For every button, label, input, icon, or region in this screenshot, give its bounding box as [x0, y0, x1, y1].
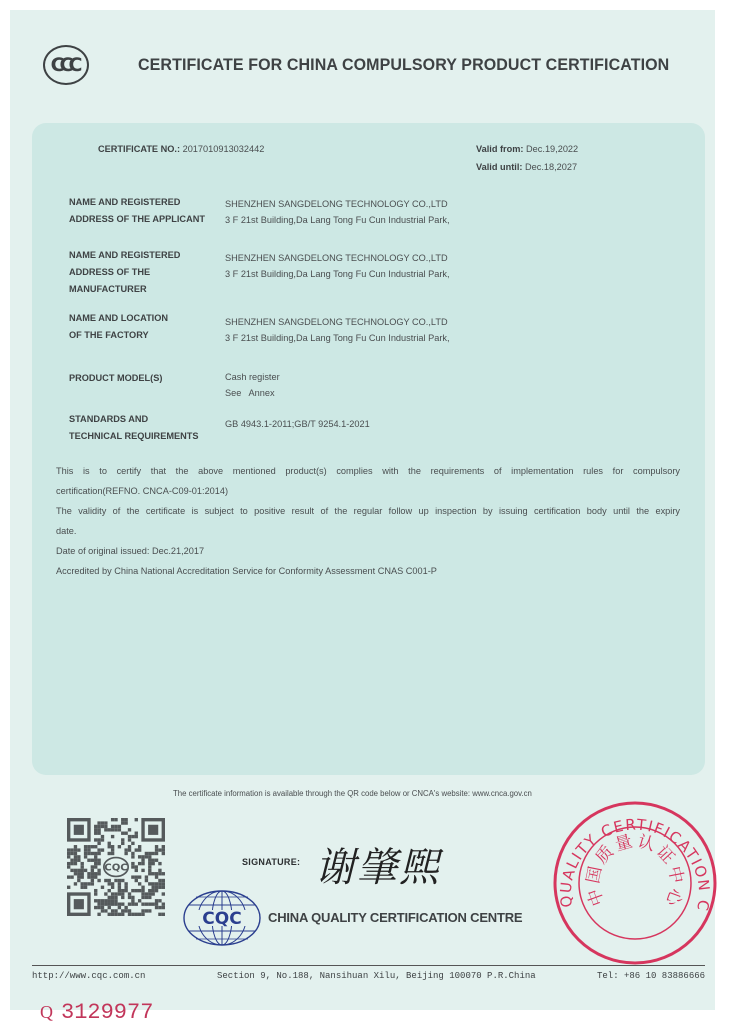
label-line: ADDRESS OF THE APPLICANT	[69, 211, 205, 228]
label-line: PRODUCT MODEL(S)	[69, 370, 162, 387]
svg-text:中: 中	[584, 886, 609, 909]
signature-handwriting: 谢肇煕	[315, 836, 441, 893]
valid-until-label: Valid until:	[476, 162, 522, 172]
statement-line: date.	[56, 521, 680, 541]
applicant-value: SHENZHEN SANGDELONG TECHNOLOGY CO.,LTD 3…	[225, 196, 450, 228]
certificate-sheet: CCC CERTIFICATE FOR CHINA COMPULSORY PRO…	[10, 10, 715, 1010]
certificate-title: CERTIFICATE FOR CHINA COMPULSORY PRODUCT…	[138, 56, 669, 75]
product-model-label: PRODUCT MODEL(S)	[69, 370, 162, 387]
statement-line: The validity of the certificate is subje…	[56, 501, 680, 521]
issuer-address: Section 9, No.188, Nansihuan Xilu, Beiji…	[217, 971, 536, 981]
certificate-number-label: CERTIFICATE NO.:	[98, 144, 180, 154]
applicant-name: SHENZHEN SANGDELONG TECHNOLOGY CO.,LTD	[225, 196, 450, 212]
manufacturer-label: NAME AND REGISTERED ADDRESS OF THE MANUF…	[69, 247, 180, 298]
certification-statement: This is to certify that the above mentio…	[56, 461, 680, 581]
svg-text:心: 心	[661, 886, 686, 910]
factory-address: 3 F 21st Building,Da Lang Tong Fu Cun In…	[225, 330, 450, 346]
serial-prefix: Q	[40, 1002, 53, 1022]
issuer-name: CHINA QUALITY CERTIFICATION CENTRE	[268, 910, 522, 925]
manufacturer-value: SHENZHEN SANGDELONG TECHNOLOGY CO.,LTD 3…	[225, 250, 450, 282]
applicant-address: 3 F 21st Building,Da Lang Tong Fu Cun In…	[225, 212, 450, 228]
qr-code[interactable]: CQC	[67, 818, 165, 916]
accreditation-line: Accredited by China National Accreditati…	[56, 561, 680, 581]
product-annex: See Annex	[225, 385, 280, 401]
standards-value: GB 4943.1-2011;GB/T 9254.1-2021	[225, 416, 370, 432]
certificate-number: CERTIFICATE NO.: 2017010913032442	[98, 144, 264, 154]
official-seal-stamp: CHINA QUALITY CERTIFICATION CENTRE 中国质量认…	[550, 798, 720, 968]
signature-label: SIGNATURE:	[242, 857, 300, 867]
label-line: NAME AND LOCATION	[69, 310, 168, 327]
valid-from-value: Dec.19,2022	[526, 144, 578, 154]
svg-text:中: 中	[664, 865, 687, 886]
label-line: TECHNICAL REQUIREMENTS	[69, 428, 198, 445]
manufacturer-name: SHENZHEN SANGDELONG TECHNOLOGY CO.,LTD	[225, 250, 450, 266]
factory-label: NAME AND LOCATION OF THE FACTORY	[69, 310, 168, 344]
manufacturer-address: 3 F 21st Building,Da Lang Tong Fu Cun In…	[225, 266, 450, 282]
label-line: MANUFACTURER	[69, 281, 180, 298]
standards-label: STANDARDS AND TECHNICAL REQUIREMENTS	[69, 411, 198, 445]
label-line: STANDARDS AND	[69, 411, 198, 428]
serial-digits: 3129977	[61, 1000, 153, 1024]
statement-line: certification(REFNO. CNCA-C09-01:2014)	[56, 481, 680, 501]
label-line: OF THE FACTORY	[69, 327, 168, 344]
label-line: NAME AND REGISTERED	[69, 194, 205, 211]
product-model-value: Cash register See Annex	[225, 369, 280, 401]
svg-text:国: 国	[583, 865, 606, 886]
factory-name: SHENZHEN SANGDELONG TECHNOLOGY CO.,LTD	[225, 314, 450, 330]
original-issue-date: Date of original issued: Dec.21,2017	[56, 541, 680, 561]
certificate-number-value: 2017010913032442	[183, 144, 265, 154]
valid-until-value: Dec.18,2027	[525, 162, 577, 172]
ccc-mark-logo: CCC	[43, 45, 89, 85]
product-name: Cash register	[225, 369, 280, 385]
svg-text:认: 认	[635, 832, 657, 856]
svg-text:CQC: CQC	[104, 863, 127, 874]
label-line: ADDRESS OF THE	[69, 264, 180, 281]
serial-number: Q3129977	[40, 1000, 153, 1024]
applicant-label: NAME AND REGISTERED ADDRESS OF THE APPLI…	[69, 194, 205, 228]
website-link[interactable]: http://www.cqc.com.cn	[32, 971, 145, 981]
standards-list: GB 4943.1-2011;GB/T 9254.1-2021	[225, 416, 370, 432]
label-line: NAME AND REGISTERED	[69, 247, 180, 264]
valid-from-label: Valid from:	[476, 144, 523, 154]
footer-divider	[32, 965, 705, 966]
issuer-telephone: Tel: +86 10 83886666	[597, 971, 705, 981]
cqc-globe-logo: CQC	[182, 888, 262, 948]
statement-line: This is to certify that the above mentio…	[56, 461, 680, 481]
qr-info-text: The certificate information is available…	[173, 789, 532, 798]
svg-text:量: 量	[613, 832, 635, 856]
valid-until: Valid until: Dec.18,2027	[476, 162, 577, 172]
valid-from: Valid from: Dec.19,2022	[476, 144, 578, 154]
svg-text:CQC: CQC	[202, 909, 241, 929]
factory-value: SHENZHEN SANGDELONG TECHNOLOGY CO.,LTD 3…	[225, 314, 450, 346]
